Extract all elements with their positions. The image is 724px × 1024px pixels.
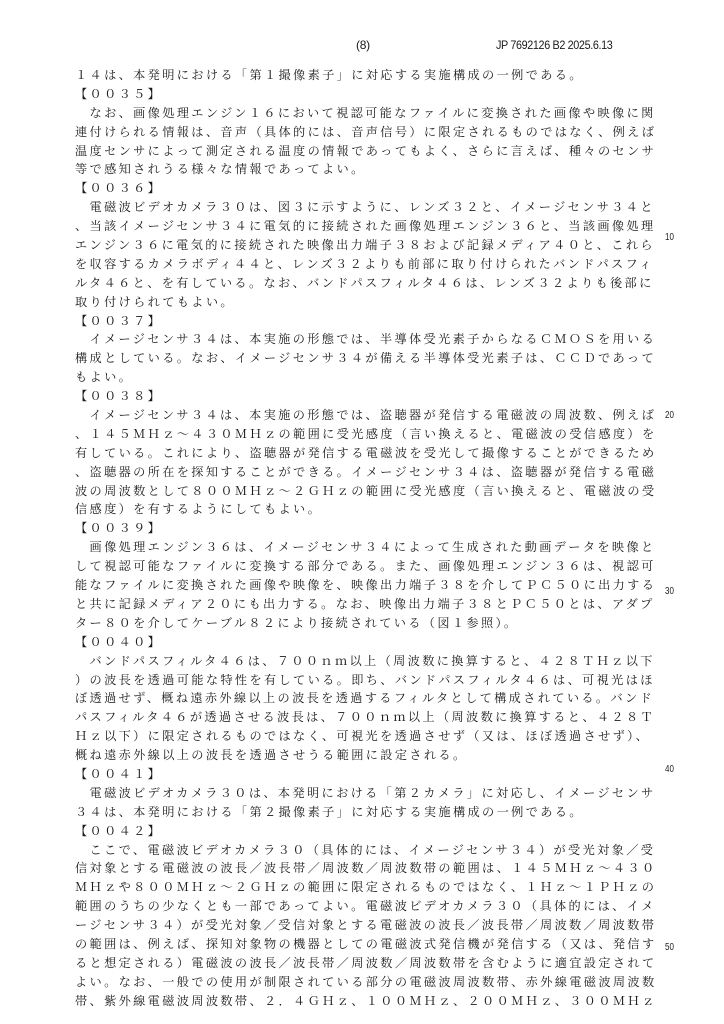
- text-line: 有している。これにより、盗聴器が発信する電磁波を受光して撮像することができるため: [75, 444, 655, 463]
- paragraph-number: 【００３９】: [75, 519, 655, 538]
- text-line: パスフィルタ４６が透過させる波長は、７００ｎｍ以上（周波数に換算すると、４２８Ｔ: [75, 708, 655, 727]
- text-line: ると想定される）電磁波の波長／波長帯／周波数／周波数帯を含むように適宜設定されて: [75, 954, 655, 973]
- text-line: 範囲のうちの少なくとも一部であってよい。電磁波ビデオカメラ３０（具体的には、イメ: [75, 897, 655, 916]
- paragraph-number: 【００４２】: [75, 822, 655, 841]
- text-line: Ｈｚ以下）に限定されるものではなく、可視光を透過させず（又は、ほぼ透過させず）、: [75, 727, 655, 746]
- text-line: もよい。: [75, 368, 655, 387]
- text-line: ぼ透過せず、概ね遠赤外線以上の波長を透過するフィルタとして構成されている。バンド: [75, 689, 655, 708]
- text-line: ）の波長を透過可能な特性を有している。即ち、バンドパスフィルタ４６は、可視光はほ: [75, 671, 655, 690]
- text-line: ルタ４６と、を有している。なお、バンドパスフィルタ４６は、レンズ３２よりも後部に: [75, 274, 655, 293]
- text-line: 能なファイルに変換された画像や映像を、映像出力端子３８を介してＰＣ５０に出力する: [75, 576, 655, 595]
- paragraph-number: 【００３６】: [75, 179, 655, 198]
- text-line: 、当該イメージセンサ３４に電気的に接続された画像処理エンジン３６と、当該画像処理: [75, 217, 655, 236]
- paragraph-number: 【００３７】: [75, 312, 655, 331]
- text-line: 電磁波ビデオカメラ３０は、図３に示すように、レンズ３２と、イメージセンサ３４と: [75, 198, 655, 217]
- text-line: 信感度）を有するようにしてもよい。: [75, 500, 655, 519]
- line-number-20: 20: [665, 410, 674, 421]
- text-line: なお、画像処理エンジン１６において視認可能なファイルに変換された画像や映像に関: [75, 104, 655, 123]
- text-line: １４は、本発明における「第１撮像素子」に対応する実施構成の一例である。: [75, 66, 655, 85]
- page-number: (8): [356, 38, 370, 52]
- text-line: を収容するカメラボディ４４と、レンズ３２よりも前部に取り付けられたバンドパスフィ: [75, 255, 655, 274]
- paragraph-number: 【００３８】: [75, 387, 655, 406]
- text-line: 波の周波数として８００ＭＨｚ～２ＧＨｚの範囲に受光感度（言い換えると、電磁波の受: [75, 482, 655, 501]
- text-line: ＭＨｚや８００ＭＨｚ～２ＧＨｚの範囲に限定されるものではなく、１Ｈｚ～１ＰＨｚの: [75, 878, 655, 897]
- text-line: エンジン３６に電気的に接続された映像出力端子３８および記録メディア４０と、これら: [75, 236, 655, 255]
- text-line: バンドパスフィルタ４６は、７００ｎｍ以上（周波数に換算すると、４２８ＴＨｚ以下: [75, 652, 655, 671]
- text-line: 構成としている。なお、イメージセンサ３４が備える半導体受光素子は、ＣＣＤであって: [75, 349, 655, 368]
- paragraph-number: 【００４０】: [75, 633, 655, 652]
- paragraph-number: 【００３５】: [75, 85, 655, 104]
- text-line: 画像処理エンジン３６は、イメージセンサ３４によって生成された動画データを映像と: [75, 538, 655, 557]
- text-line: 信対象とする電磁波の波長／波長帯／周波数／周波数帯の範囲は、１４５ＭＨｚ～４３０: [75, 859, 655, 878]
- text-line: 電磁波ビデオカメラ３０は、本発明における「第２カメラ」に対応し、イメージセンサ: [75, 784, 655, 803]
- text-line: 概ね遠赤外線以上の波長を透過させうる範囲に設定される。: [75, 746, 655, 765]
- document-id: JP 7692126 B2 2025.6.13: [496, 38, 612, 52]
- text-line: と共に記録メディア２０にも出力する。なお、映像出力端子３８とＰＣ５０とは、アダプ: [75, 595, 655, 614]
- text-line: の範囲は、例えば、探知対象物の機器としての電磁波式発信機が発信する（又は、発信す: [75, 935, 655, 954]
- text-line: 、１４５ＭＨｚ～４３０ＭＨｚの範囲に受光感度（言い換えると、電磁波の受信感度）を: [75, 425, 655, 444]
- line-number-40: 40: [665, 764, 674, 775]
- text-line: 等で感知されうる様々な情報であってよい。: [75, 160, 655, 179]
- line-number-30: 30: [665, 586, 674, 597]
- text-line: 帯、紫外線電磁波周波数帯、２．４ＧＨｚ、１００ＭＨｚ、２００ＭＨｚ、３００ＭＨｚ: [75, 992, 655, 1011]
- text-line: 取り付けられてもよい。: [75, 293, 655, 312]
- text-line: ター８０を介してケーブル８２により接続されている（図１参照）。: [75, 614, 655, 633]
- text-line: 、盗聴器の所在を探知することができる。イメージセンサ３４は、盗聴器が発信する電磁: [75, 463, 655, 482]
- text-line: イメージセンサ３４は、本実施の形態では、半導体受光素子からなるＣＭＯＳを用いる: [75, 330, 655, 349]
- paragraph-number: 【００４１】: [75, 765, 655, 784]
- text-line: 連付けられる情報は、音声（具体的には、音声信号）に限定されるものではなく、例えば: [75, 123, 655, 142]
- text-line: ここで、電磁波ビデオカメラ３０（具体的には、イメージセンサ３４）が受光対象／受: [75, 841, 655, 860]
- document-body: １４は、本発明における「第１撮像素子」に対応する実施構成の一例である。 【００３…: [75, 66, 655, 1011]
- line-number-10: 10: [665, 232, 674, 243]
- text-line: よい。なお、一般での使用が制限されている部分の電磁波周波数帯、赤外線電磁波周波数: [75, 973, 655, 992]
- text-line: ージセンサ３４）が受光対象／受信対象とする電磁波の波長／波長帯／周波数／周波数帯: [75, 916, 655, 935]
- text-line: イメージセンサ３４は、本実施の形態では、盗聴器が発信する電磁波の周波数、例えば: [75, 406, 655, 425]
- line-number-50: 50: [665, 942, 674, 953]
- text-line: 温度センサによって測定される温度の情報であってもよく、さらに言えば、種々のセンサ: [75, 142, 655, 161]
- text-line: して視認可能なファイルに変換する部分である。また、画像処理エンジン３６は、視認可: [75, 557, 655, 576]
- text-line: ３４は、本発明における「第２撮像素子」に対応する実施構成の一例である。: [75, 803, 655, 822]
